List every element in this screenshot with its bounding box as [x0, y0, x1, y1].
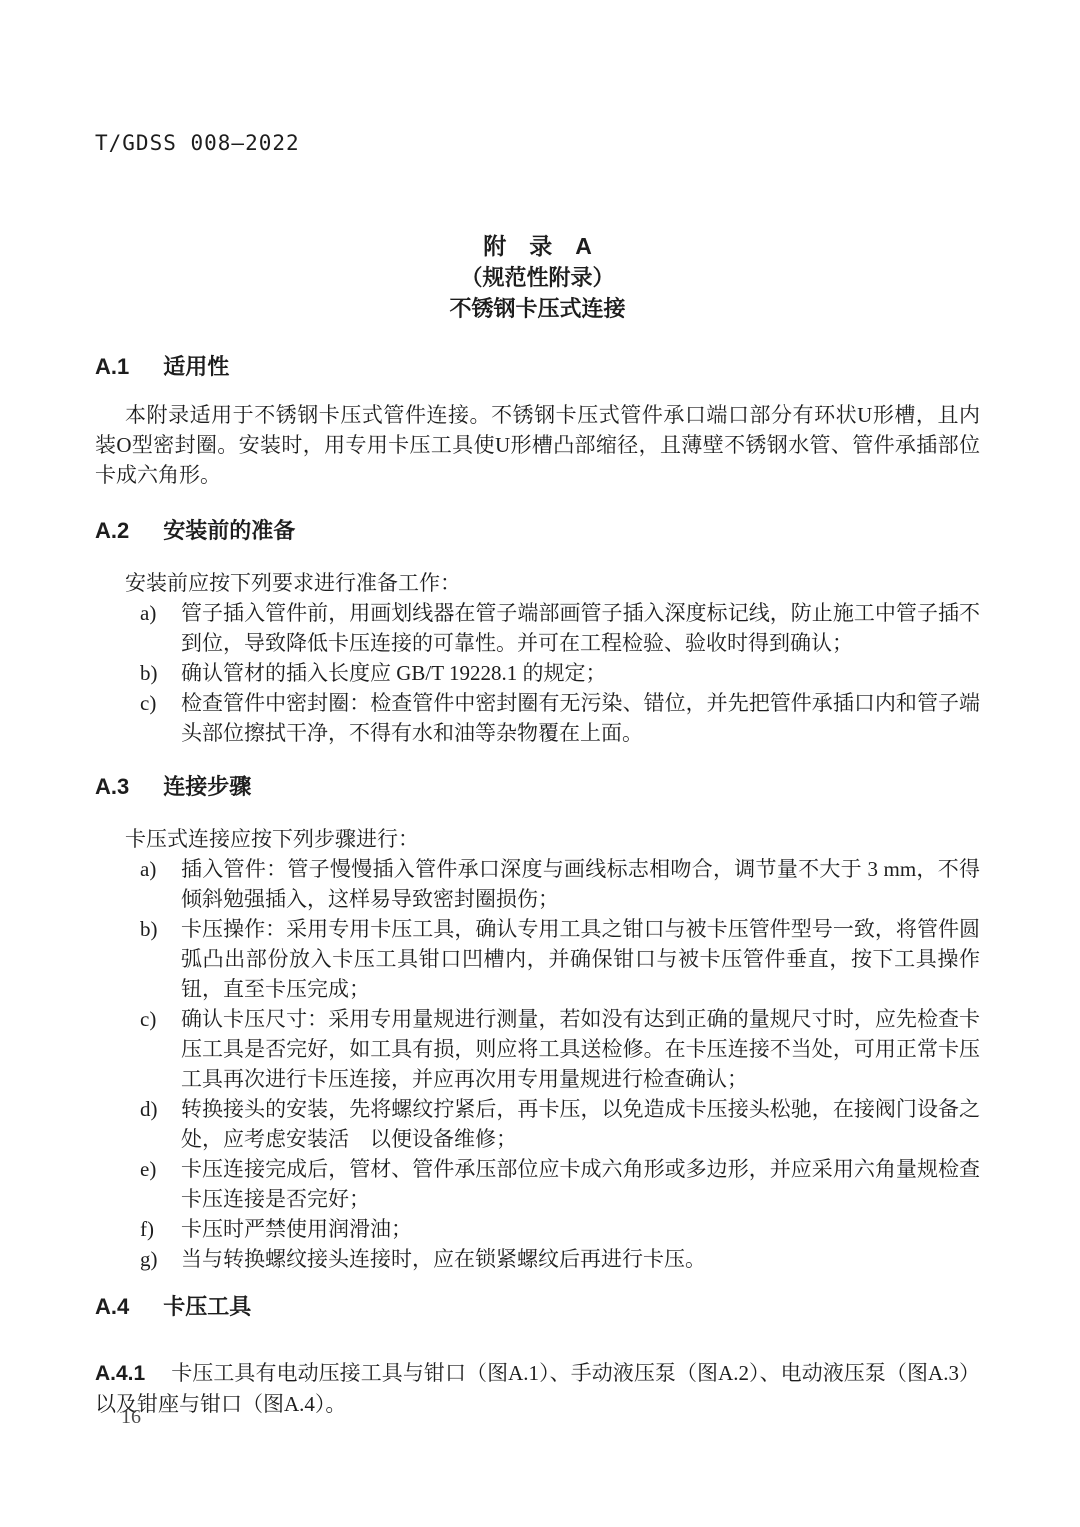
list-item: g) 当与转换螺纹接头连接时，应在锁紧螺纹后再进行卡压。: [95, 1244, 980, 1274]
list-item-text: 插入管件：管子慢慢插入管件承口深度与画线标志相吻合，调节量不大于 3 mm，不得…: [181, 857, 980, 911]
section-a2-number: A.2: [95, 518, 129, 543]
section-a4-title: 卡压工具: [163, 1294, 251, 1319]
list-item-label: a): [140, 598, 156, 628]
section-a1-heading: A.1适用性: [95, 352, 980, 382]
list-item-text: 卡压连接完成后，管材、管件承压部位应卡成六角形或多边形，并应采用六角量规检查卡压…: [181, 1157, 980, 1211]
section-a3-list: a) 插入管件：管子慢慢插入管件承口深度与画线标志相吻合，调节量不大于 3 mm…: [95, 854, 980, 1274]
list-item: c) 检查管件中密封圈：检查管件中密封圈有无污染、错位，并先把管件承插口内和管子…: [95, 688, 980, 748]
list-item-label: b): [140, 914, 158, 944]
list-item-text: 卡压操作：采用专用卡压工具，确认专用工具之钳口与被卡压管件型号一致，将管件圆弧凸…: [181, 917, 980, 1001]
list-item-text: 卡压时严禁使用润滑油；: [181, 1217, 412, 1241]
list-item: b) 确认管材的插入长度应 GB/T 19228.1 的规定；: [95, 658, 980, 688]
clause-a41-text: 卡压工具有电动压接工具与钳口（图A.1）、手动液压泵（图A.2）、电动液压泵（图…: [95, 1361, 980, 1416]
list-item: f) 卡压时严禁使用润滑油；: [95, 1214, 980, 1244]
appendix-title-line2: （规范性附录）: [95, 262, 980, 293]
section-a3-number: A.3: [95, 774, 129, 799]
section-a3-title: 连接步骤: [163, 774, 251, 799]
section-a4-number: A.4: [95, 1294, 129, 1319]
appendix-title-line1: 附 录 A: [95, 231, 980, 262]
list-item-text: 转换接头的安装，先将螺纹拧紧后，再卡压，以免造成卡压接头松驰，在接阀门设备之处，…: [181, 1097, 980, 1151]
list-item: a) 插入管件：管子慢慢插入管件承口深度与画线标志相吻合，调节量不大于 3 mm…: [95, 854, 980, 914]
list-item-text: 确认卡压尺寸：采用专用量规进行测量，若如没有达到正确的量规尺寸时，应先检查卡压工…: [181, 1007, 980, 1091]
list-item-label: f): [140, 1214, 154, 1244]
doc-code: T/GDSS 008—2022: [95, 131, 980, 155]
section-a1-paragraph: 本附录适用于不锈钢卡压式管件连接。不锈钢卡压式管件承口端口部分有环状U形槽，且内…: [95, 400, 980, 490]
clause-a41-number: A.4.1: [95, 1362, 145, 1385]
list-item-label: b): [140, 658, 158, 688]
list-item-label: e): [140, 1154, 156, 1184]
list-item-text: 当与转换螺纹接头连接时，应在锁紧螺纹后再进行卡压。: [181, 1247, 706, 1271]
list-item: b) 卡压操作：采用专用卡压工具，确认专用工具之钳口与被卡压管件型号一致，将管件…: [95, 914, 980, 1004]
appendix-title: 附 录 A （规范性附录） 不锈钢卡压式连接: [95, 231, 980, 324]
list-item: c) 确认卡压尺寸：采用专用量规进行测量，若如没有达到正确的量规尺寸时，应先检查…: [95, 1004, 980, 1094]
page-number: 16: [121, 1402, 141, 1432]
list-item-label: c): [140, 1004, 156, 1034]
section-a1-number: A.1: [95, 354, 129, 379]
list-item-text: 检查管件中密封圈：检查管件中密封圈有无污染、错位，并先把管件承插口内和管子端头部…: [181, 691, 980, 745]
section-a3-intro: 卡压式连接应按下列步骤进行：: [95, 824, 980, 854]
section-a2-intro: 安装前应按下列要求进行准备工作：: [95, 568, 980, 598]
section-a2-heading: A.2安装前的准备: [95, 516, 980, 546]
list-item-label: a): [140, 854, 156, 884]
list-item-text: 管子插入管件前，用画划线器在管子端部画管子插入深度标记线，防止施工中管子插不到位…: [181, 601, 980, 655]
section-a3-heading: A.3连接步骤: [95, 772, 980, 802]
document-page: T/GDSS 008—2022 附 录 A （规范性附录） 不锈钢卡压式连接 A…: [0, 0, 1080, 1527]
section-a1-title: 适用性: [163, 354, 229, 379]
section-a4-heading: A.4卡压工具: [95, 1292, 980, 1322]
list-item-label: c): [140, 688, 156, 718]
list-item: d) 转换接头的安装，先将螺纹拧紧后，再卡压，以免造成卡压接头松驰，在接阀门设备…: [95, 1094, 980, 1154]
list-item-label: d): [140, 1094, 158, 1124]
appendix-title-line3: 不锈钢卡压式连接: [95, 293, 980, 324]
section-a2-title: 安装前的准备: [163, 518, 295, 543]
list-item: e) 卡压连接完成后，管材、管件承压部位应卡成六角形或多边形，并应采用六角量规检…: [95, 1154, 980, 1214]
list-item-label: g): [140, 1244, 158, 1274]
list-item: a) 管子插入管件前，用画划线器在管子端部画管子插入深度标记线，防止施工中管子插…: [95, 598, 980, 658]
list-item-text: 确认管材的插入长度应 GB/T 19228.1 的规定；: [181, 661, 606, 685]
clause-a41: A.4.1卡压工具有电动压接工具与钳口（图A.1）、手动液压泵（图A.2）、电动…: [95, 1358, 980, 1419]
section-a2-list: a) 管子插入管件前，用画划线器在管子端部画管子插入深度标记线，防止施工中管子插…: [95, 598, 980, 748]
